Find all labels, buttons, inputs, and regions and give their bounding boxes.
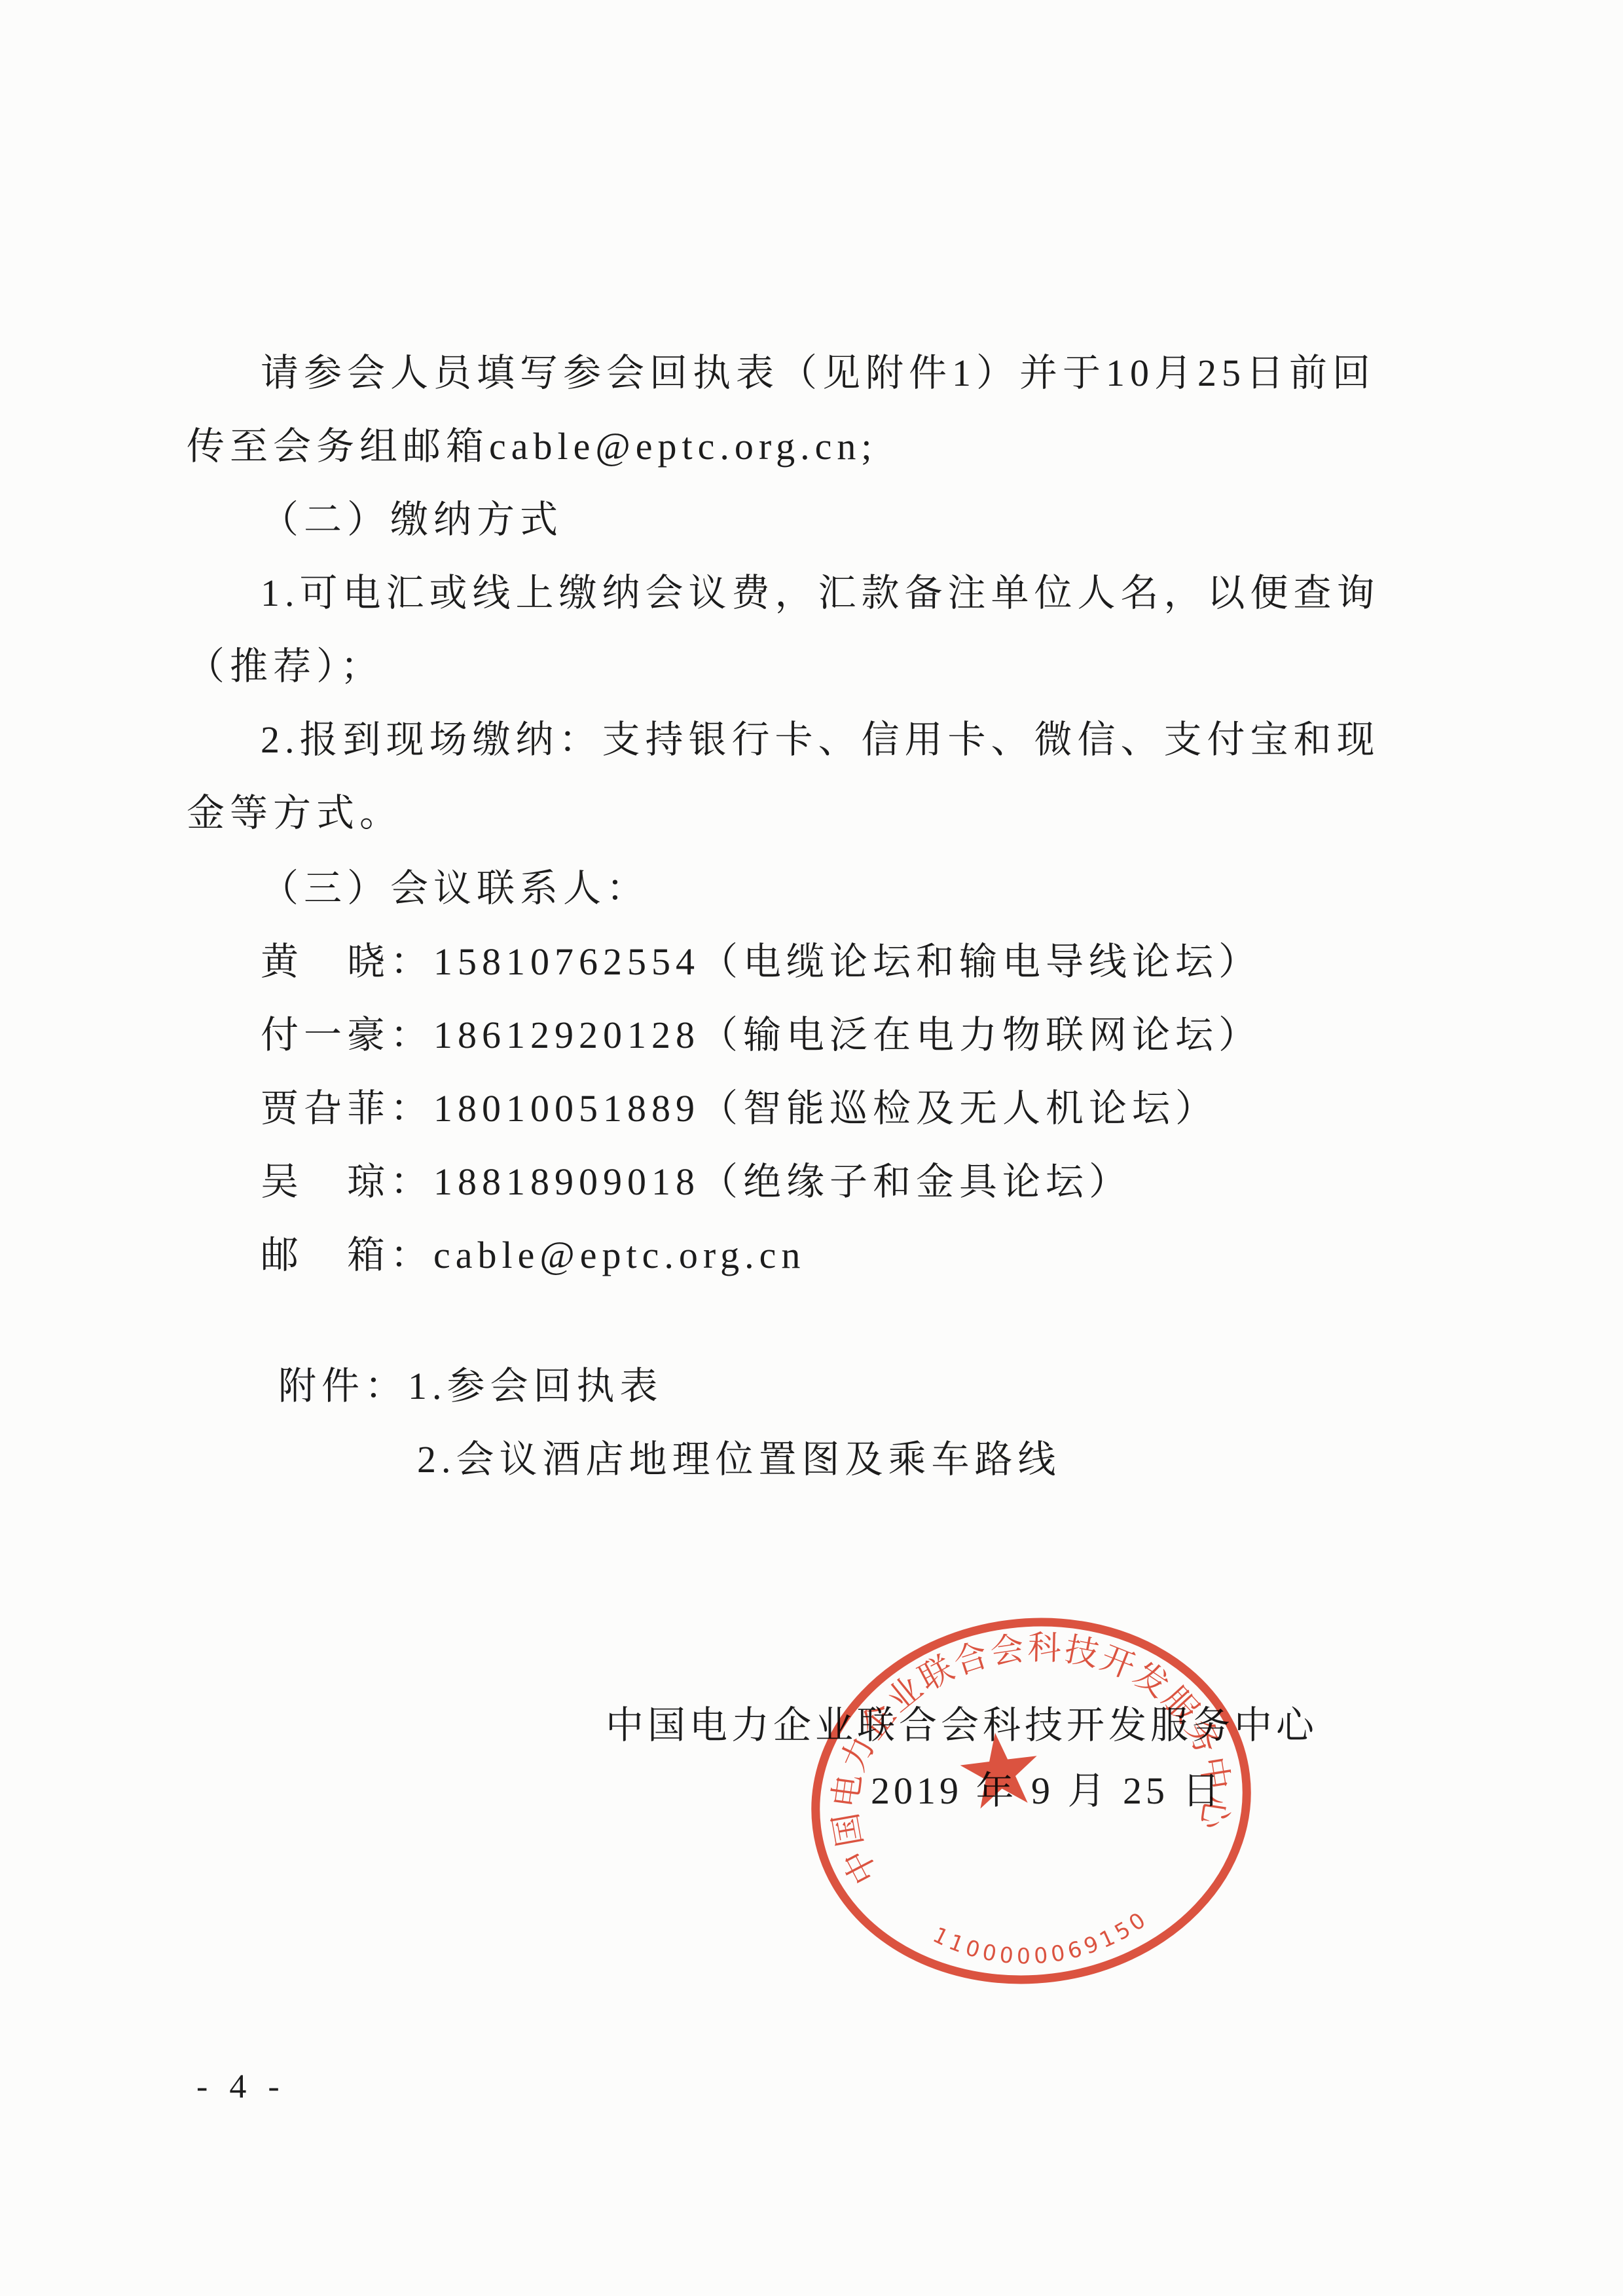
- stamp-star-icon: [957, 1728, 1042, 1811]
- stamp-ring-text: 中国电力企业联合会科技开发服务中心: [809, 1607, 1241, 1891]
- body-line: 2.报到现场缴纳：支持银行卡、信用卡、微信、支付宝和现: [261, 719, 1380, 761]
- body-line: 1.可电汇或线上缴纳会议费，汇款备注单位人名，以便查询: [261, 572, 1380, 614]
- body-line: （推荐）；: [187, 646, 384, 688]
- svg-text:中国电力企业联合会科技开发服务中心: 中国电力企业联合会科技开发服务中心: [809, 1607, 1241, 1891]
- contact-line: 吴 琼：18818909018（绝缘子和金具论坛）: [261, 1161, 1132, 1203]
- body-line: （三）会议联系人：: [261, 868, 649, 910]
- contact-line: 贾旮菲：18010051889（智能巡检及无人机论坛）: [261, 1088, 1218, 1130]
- body-line: 传至会务组邮箱cable@eptc.org.cn;: [187, 426, 877, 468]
- document-page: 请参会人员填写参会回执表（见附件1）并于10月25日前回 传至会务组邮箱cabl…: [0, 0, 1623, 2296]
- official-stamp: 中国电力企业联合会科技开发服务中心 1100000069150: [769, 1585, 1293, 2017]
- contact-line: 付一豪：18612920128（输电泛在电力物联网论坛）: [261, 1014, 1262, 1056]
- body-line: （二）缴纳方式: [261, 499, 563, 541]
- body-line: 金等方式。: [187, 792, 403, 834]
- attachment-line: 2.会议酒店地理位置图及乘车路线: [417, 1439, 1061, 1481]
- contact-line: 邮 箱：cable@eptc.org.cn: [261, 1234, 805, 1276]
- page-number: - 4 -: [196, 2068, 286, 2105]
- attachment-line: 附件：1.参会回执表: [278, 1365, 663, 1407]
- contact-line: 黄 晓：15810762554（电缆论坛和输电导线论坛）: [261, 941, 1262, 983]
- body-line: 请参会人员填写参会回执表（见附件1）并于10月25日前回: [261, 352, 1376, 394]
